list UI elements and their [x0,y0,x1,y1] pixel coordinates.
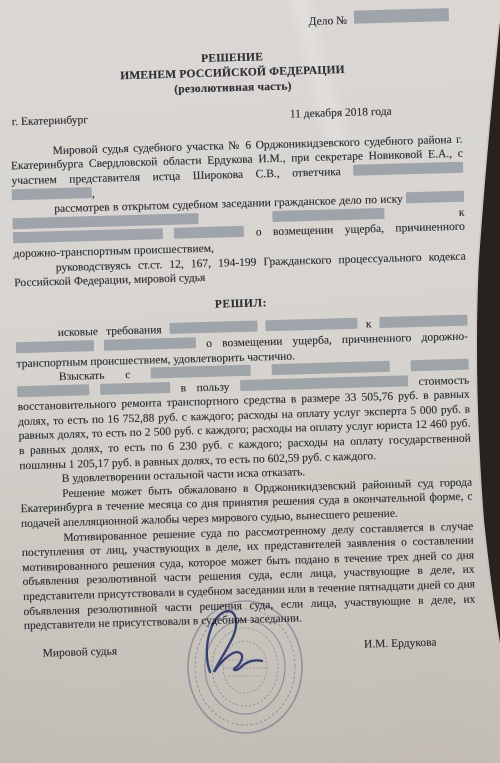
text-segment: , [92,188,95,200]
document-content: Дело № РЕШЕНИЕ ИМЕНЕМ РОССИЙСКОЙ ФЕДЕРАЦ… [1,8,479,662]
case-number-redaction [354,8,449,24]
paragraph: Взыскать с в пользу стоимость восстанови… [17,359,472,474]
text-segment [390,361,411,374]
signature [207,611,262,672]
text-segment [198,212,273,226]
text-segment: Мировой судья судебного участка № 6 Ордж… [11,134,463,188]
redaction-box [240,375,408,391]
redaction-box [266,318,358,332]
photographed-court-decision: Дело № РЕШЕНИЕ ИМЕНЕМ РОССИЙСКОЙ ФЕДЕРАЦ… [0,0,500,763]
redaction-box [104,337,196,351]
resolution-paragraphs: исковые требования к о возмещении ущерба… [15,315,475,634]
text-segment: исковые требования [57,324,169,339]
intro-paragraphs: Мировой судья судебного участка № 6 Ордж… [10,133,466,292]
document-body: Мировой судья судебного участка № 6 Ордж… [4,132,478,661]
redaction-box [169,321,257,334]
redaction-box [272,208,384,222]
redaction-box [174,226,244,239]
place-label: г. Екатеринбург [12,113,89,130]
redaction-box [13,228,163,243]
redaction-box [17,384,89,397]
judge-name-label: И.М. Ердукова [364,635,437,652]
redaction-box [272,361,390,375]
text-segment [94,341,104,353]
text-segment [89,385,100,397]
redaction-box [379,315,467,328]
round-seal-icon [180,592,310,742]
text-segment: в пользу [170,381,240,395]
text-segment [251,365,272,378]
date-and-place-row: г. Екатеринбург 11 декабря 2018 года [4,103,464,130]
redaction-box [406,191,464,204]
case-number-label: Дело № [308,14,347,30]
redaction-box [151,365,251,379]
resolution-heading: РЕШИЛ: [15,290,467,317]
redaction-box [411,359,469,372]
text-segment: к [358,318,380,331]
court-stamp [180,592,310,747]
text-segment: Взыскать с [59,369,152,384]
redaction-box [100,382,170,395]
redaction-box [16,340,94,353]
date-label: 11 декабря 2018 года [290,105,392,122]
text-segment [163,229,175,241]
redaction-box [12,187,92,200]
redaction-box [12,213,198,229]
judge-title-label: Мировой судья [42,644,117,661]
document-title: РЕШЕНИЕ ИМЕНЕМ РОССИЙСКОЙ ФЕДЕРАЦИИ (рез… [2,44,463,102]
text-segment: к [384,206,464,220]
redaction-box [353,162,463,176]
